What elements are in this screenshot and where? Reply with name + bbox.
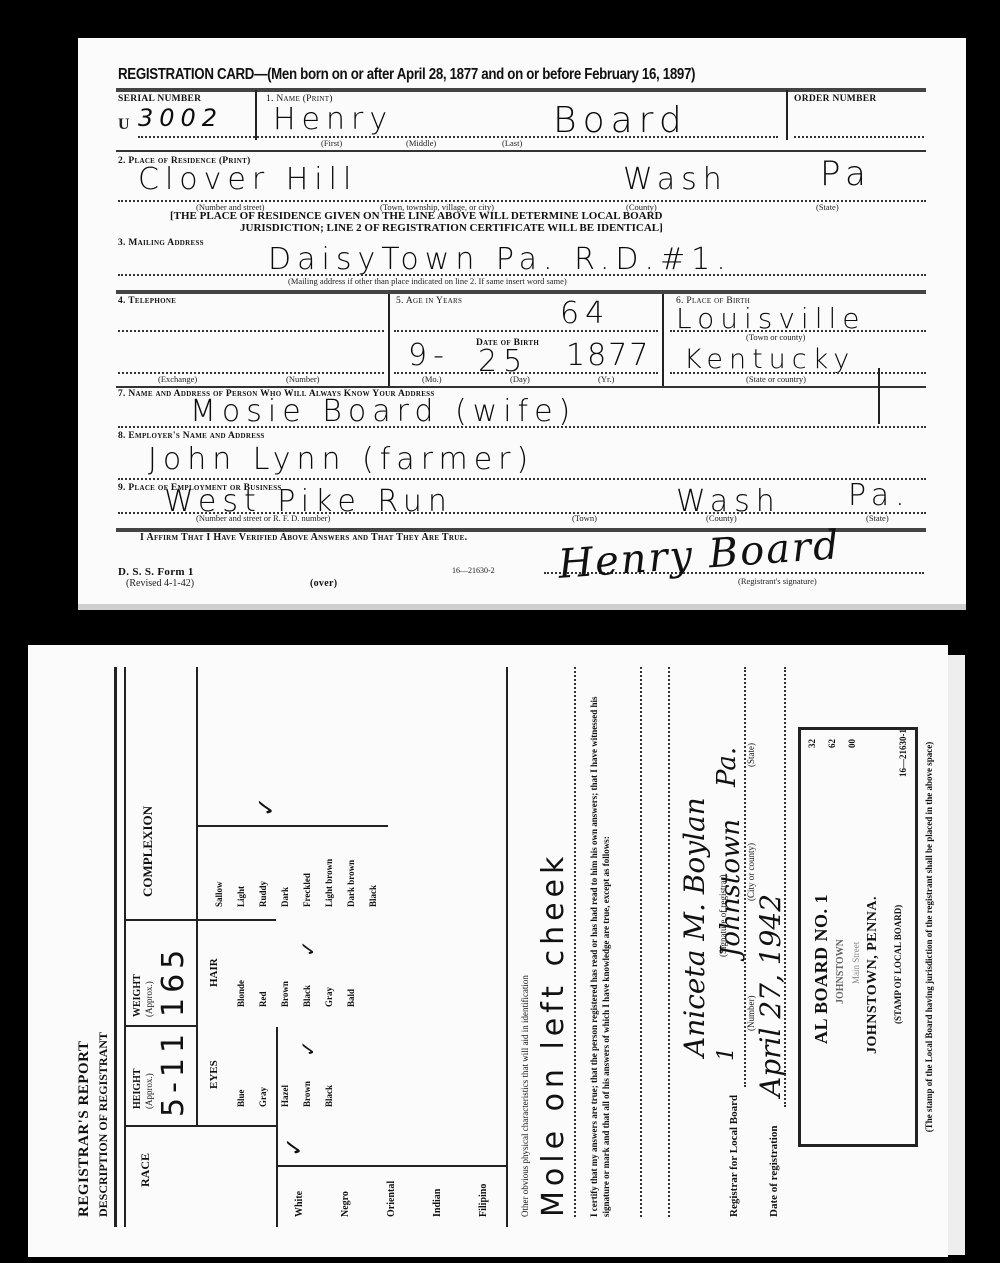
employment-state-value: Pa. [848,478,911,513]
eyes-option-blue: Blue [236,1089,246,1107]
form-revised: (Revised 4-1-42) [126,578,194,589]
first-name-value: Henry [273,102,393,137]
last-sublabel: (Last) [502,138,522,148]
city-sublabel: (City or county) [746,843,756,901]
divider [255,90,257,140]
print-code: 16—21630-2 [452,566,495,575]
registrar-local-board-label: Registrar for Local Board [728,1095,740,1217]
race-option-indian: Indian [432,1189,443,1217]
dotted-line [138,136,778,138]
divider [506,667,508,1227]
month-sublabel: (Mo.) [422,374,442,384]
date-of-registration-value: April 27, 1942 [754,894,787,1097]
stamp-label: (STAMP OF LOCAL BOARD) [893,905,903,1024]
complexion-option-sallow: Sallow [214,881,224,907]
birth-town-sublabel: (Town or county) [746,332,805,342]
stamp-side-number: 32 [807,739,817,748]
height-value: 5-11 [156,1029,191,1117]
hair-check-mark: ✓ [296,940,321,957]
stamp-side-number: 62 [827,739,837,748]
divider [116,88,926,92]
age-label: 5. Age in Years [396,296,462,306]
report-title: REGISTRAR'S REPORT [76,1041,93,1217]
birth-state-value: Kentucky [684,344,855,375]
local-board-state: Pa. [712,747,742,787]
hair-header: HAIR [208,958,220,987]
complexion-header: COMPLEXION [140,806,156,897]
dotted-line [574,667,576,1217]
middle-sublabel: (Middle) [406,138,436,148]
other-characteristics-value: Mole on left cheek [536,852,571,1217]
divider [124,667,126,1227]
residence-state-value: Pa [820,154,872,194]
over-label: (over) [310,578,337,589]
residence-county-value: Wash [623,162,728,197]
contact-person-value: Mosie Board (wife) [190,394,576,429]
stamp-line4: JOHNSTOWN, PENNA. [865,896,881,1054]
local-board-stamp: AL BOARD NO. 1 JOHNSTOWN Main Street JOH… [798,727,918,1147]
hair-option-bald: Bald [346,989,356,1007]
weight-value: 165 [156,945,191,1017]
stamp-line2: JOHNSTOWN [835,939,846,1004]
description-subtitle: DESCRIPTION OF REGISTRANT [96,1032,111,1217]
complexion-option-dark-brown: Dark brown [346,860,356,907]
divider [786,90,788,140]
employment-county-sublabel: (County) [706,513,737,523]
birth-year-value: 1877 [566,338,650,373]
stamp-note: (The stamp of the Local Board having jur… [924,697,934,1177]
stamp-line1: AL BOARD NO. 1 [811,894,832,1044]
complexion-option-freckled: Freckled [302,873,312,907]
birth-month-value: 9- [408,338,450,373]
divider [116,290,926,294]
registrar-signature: Aniceta M. Boylan [678,797,711,1057]
exchange-sublabel: (Exchange) [158,374,197,384]
mailing-address-label: 3. Mailing Address [118,238,204,248]
employment-state-sublabel: (State) [866,513,889,523]
eyes-check-mark: ✓ [296,1040,321,1057]
complexion-option-ruddy: Ruddy [258,881,268,907]
weight-header: WEIGHT [132,974,143,1017]
registration-card-front: REGISTRATION CARD—(Men born on or after … [78,38,966,610]
dotted-line [640,667,642,1217]
race-check-mark: ✓ [280,1132,308,1157]
divider [662,294,664,388]
signature-sublabel: (Registrant's signature) [738,576,817,586]
affirmation-text: I Affirm That I Have Verified Above Answ… [140,532,467,543]
serial-number-label: SERIAL NUMBER [118,94,201,104]
employer-value: John Lynn (farmer) [148,442,534,477]
race-option-negro: Negro [340,1191,351,1217]
card-title: REGISTRATION CARD—(Men born on or after … [118,66,695,84]
height-approx: (Approx.) [144,1073,154,1109]
back-print-code: 16—21630-1 [898,729,908,777]
telephone-label: 4. Telephone [118,296,176,306]
complexion-check-mark: ✓ [252,797,281,817]
divider [116,150,926,152]
race-option-oriental: Oriental [386,1181,397,1217]
certification-text: I certify that my answers are true; that… [588,677,612,1217]
employer-label: 8. Employer's Name and Address [118,431,265,441]
first-sublabel: (First) [321,138,342,148]
stamp-line3: Main Street [851,942,861,984]
local-board-city: Johnstown [716,819,746,957]
order-number-label: ORDER NUMBER [794,94,877,104]
mailing-address-value: DaisyTown Pa. R.D.#1. [268,242,732,277]
other-characteristics-label: Other obvious physical characteristics t… [520,975,530,1217]
employment-town-sublabel: (Town) [572,513,597,523]
eyes-option-brown: Brown [302,1081,312,1107]
height-header: HEIGHT [132,1068,143,1109]
divider [114,667,117,1227]
divider [198,825,388,827]
eyes-option-black: Black [324,1085,334,1107]
form-id: D. S. S. Form 1 [118,566,194,578]
hair-option-brown: Brown [280,981,290,1007]
birth-state-sublabel: (State or country) [746,374,806,384]
rotated-sheet: REGISTRAR'S REPORT DESCRIPTION OF REGIST… [28,645,948,1257]
complexion-option-black: Black [368,885,378,907]
stamp-side-number: 00 [847,739,857,748]
complexion-option-dark: Dark [280,887,290,907]
residence-notice-line2: JURISDICTION; LINE 2 OF REGISTRATION CER… [240,222,663,235]
divider [126,1125,276,1127]
eyes-option-hazel: Hazel [280,1085,290,1107]
divider [388,294,390,388]
local-board-number: 1 [714,1047,739,1061]
day-sublabel: (Day) [510,374,530,384]
divider [126,1025,196,1027]
divider [276,1165,506,1167]
serial-number-value: 3002 [138,104,223,132]
dotted-line [794,136,924,138]
last-name-value: Board [553,100,688,141]
dotted-line [668,667,670,1217]
hair-option-red: Red [258,992,268,1008]
state-sublabel: (State) [746,743,756,767]
residence-town-value: Clover Hill [138,162,357,197]
hair-option-gray: Gray [324,987,334,1007]
divider [116,386,926,388]
registrars-report-back: REGISTRAR'S REPORT DESCRIPTION OF REGIST… [28,645,948,1257]
serial-prefix: U [118,116,130,134]
mailing-address-sublabel: (Mailing address if other than place ind… [288,276,567,286]
number-sublabel: (Number) [286,374,320,384]
dotted-line [394,330,658,332]
race-option-filipino: Filipino [478,1184,489,1217]
race-option-white: White [294,1191,305,1217]
eyes-header: EYES [208,1060,220,1089]
hair-option-black: Black [302,985,312,1007]
dotted-line [784,667,786,1107]
year-sublabel: (Yr.) [598,374,614,384]
employment-street-sublabel: (Number and street or R. F. D. number) [196,513,330,523]
complexion-option-light-brown: Light brown [324,859,334,907]
age-value: 64 [560,296,610,331]
complexion-option-light: Light [236,886,246,907]
state-sublabel: (State) [816,202,839,212]
date-of-registration-label: Date of registration [768,1126,780,1217]
divider [196,667,198,1127]
race-header: RACE [138,1153,153,1187]
divider [276,1027,278,1227]
weight-approx: (Approx.) [144,981,154,1017]
hair-option-blonde: Blonde [236,980,246,1007]
pen-stroke [878,368,880,424]
divider [126,919,276,921]
dotted-line [118,330,384,332]
birth-town-value: Louisville [676,302,866,335]
dotted-line [118,478,926,480]
eyes-option-gray: Gray [258,1087,268,1107]
dotted-line [118,426,926,428]
